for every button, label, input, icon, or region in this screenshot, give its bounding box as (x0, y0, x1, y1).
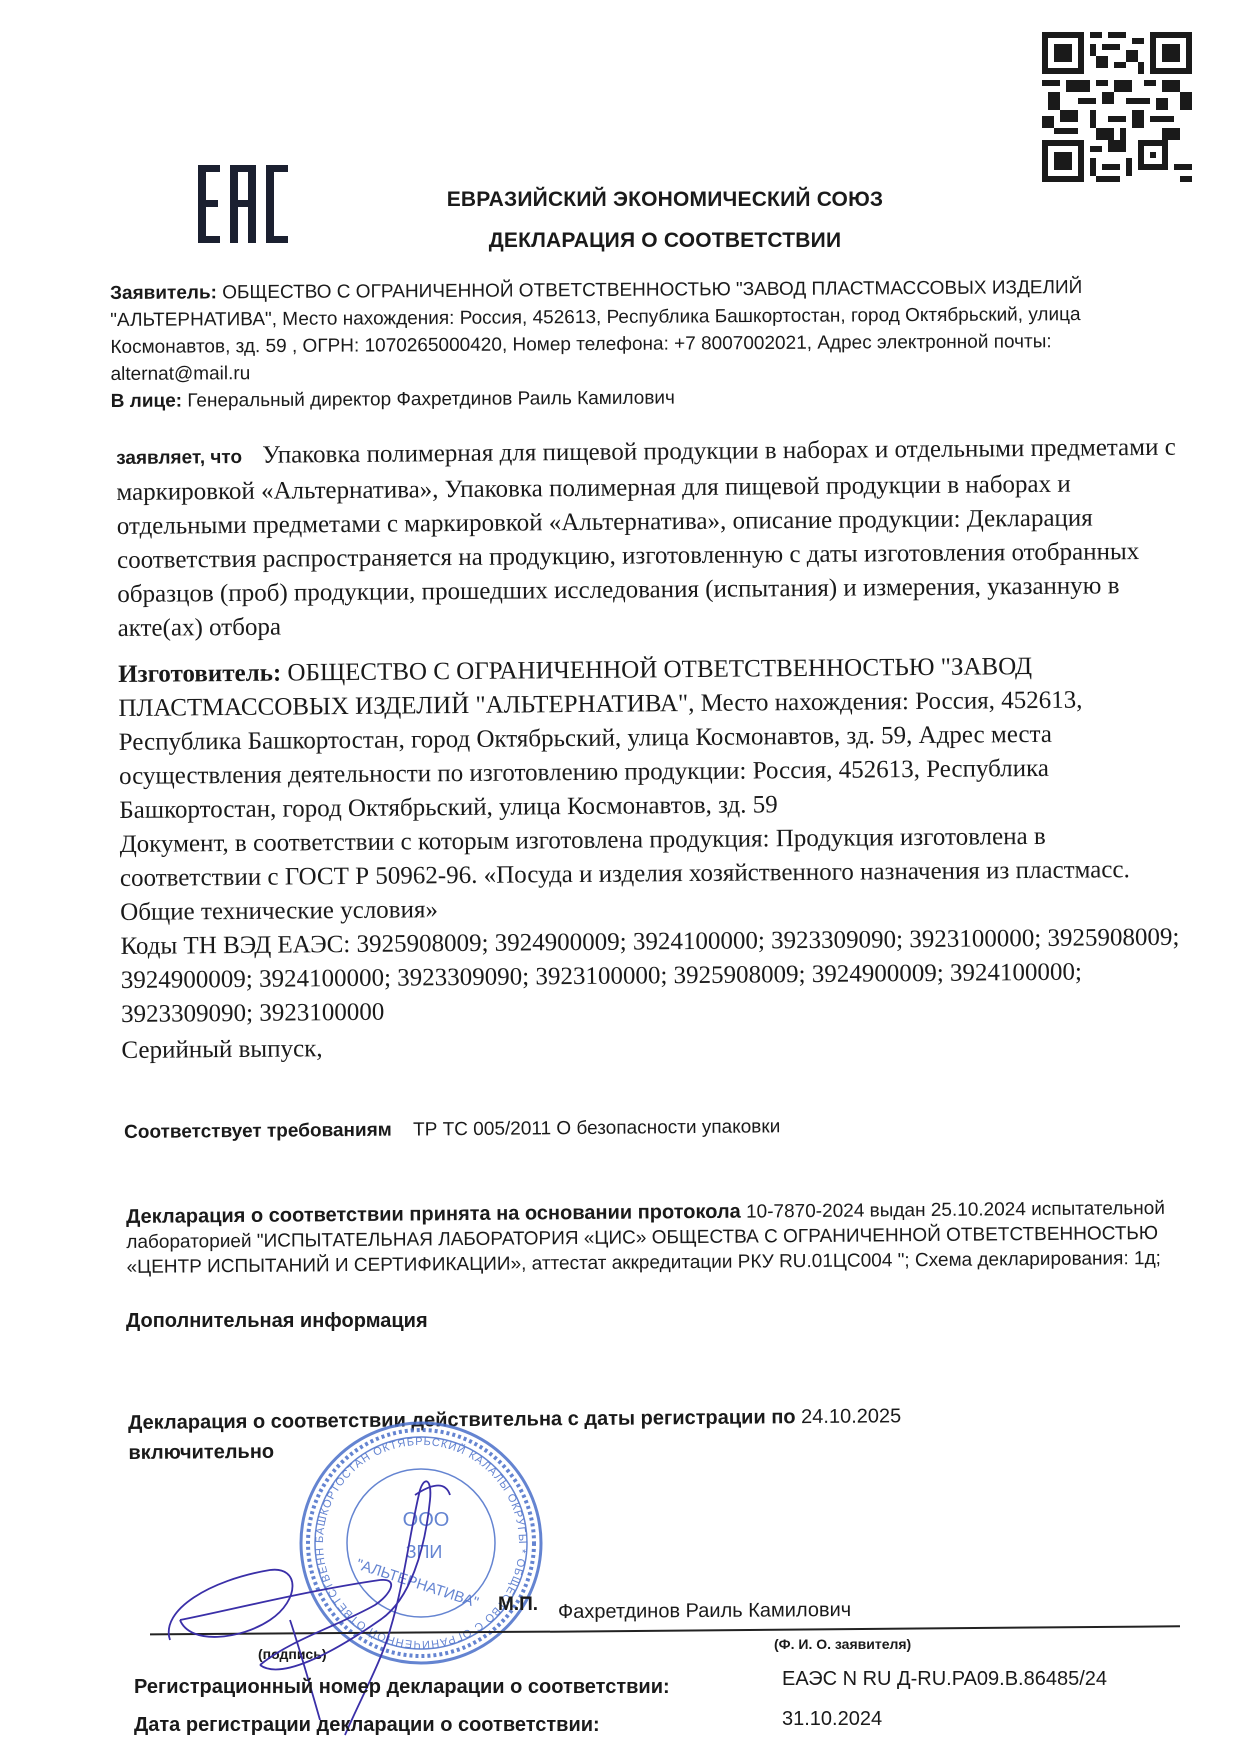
signatory-name: Фахретдинов Раиль Камилович (558, 1599, 851, 1624)
name-line (550, 1625, 1180, 1632)
conformity-label: Соответствует требованиям (124, 1120, 392, 1143)
manufacturer-section: Изготовитель: ОБЩЕСТВО С ОГРАНИЧЕННОЙ ОТ… (118, 649, 1184, 1068)
declaration-section: заявляет, что Упаковка полимерная для пи… (116, 431, 1178, 646)
registration-number: ЕАЭС N RU Д-RU.PA09.B.86485/24 (782, 1668, 1107, 1691)
additional-info-label: Дополнительная информация (126, 1310, 428, 1333)
representative-label: В лице: (111, 391, 182, 412)
validity-section: Декларация о соответствии действительна … (128, 1400, 1028, 1468)
handwritten-signature-icon (150, 1470, 530, 1740)
union-title: ЕВРАЗИЙСКИЙ ЭКОНОМИЧЕСКИЙ СОЮЗ (0, 188, 1240, 212)
serial-production: Серийный выпуск, (121, 1025, 1183, 1068)
basis-section: Декларация о соответствии принята на осн… (126, 1196, 1197, 1280)
registration-date-label: Дата регистрации декларации о соответств… (134, 1714, 600, 1737)
qr-code-icon (1042, 32, 1192, 182)
validity-suffix: включительно (128, 1441, 274, 1464)
applicant-section: Заявитель: ОБЩЕСТВО С ОГРАНИЧЕННОЙ ОТВЕТ… (110, 273, 1181, 415)
registration-date: 31.10.2024 (782, 1708, 882, 1731)
standard-document: Документ, в соответствии с которым изгот… (119, 819, 1182, 930)
manufacturer-label: Изготовитель: (118, 660, 281, 688)
registration-number-label: Регистрационный номер декларации о соотв… (134, 1676, 670, 1699)
conformity-text: ТР ТС 005/2011 О безопасности упаковки (413, 1116, 780, 1140)
declares-label: заявляет, что (116, 447, 242, 469)
representative-text: Генеральный директор Фахретдинов Раиль К… (187, 388, 675, 412)
conformity-section: Соответствует требованиям ТР ТС 005/2011… (124, 1116, 780, 1144)
applicant-text: ОБЩЕСТВО С ОГРАНИЧЕННОЙ ОТВЕТСТВЕННОСТЬЮ… (110, 277, 1082, 385)
signatory-name-caption: (Ф. И. О. заявителя) (774, 1636, 911, 1652)
document-title: ДЕКЛАРАЦИЯ О СООТВЕТСТВИИ (0, 229, 1240, 253)
basis-label: Декларация о соответствии принята на осн… (126, 1201, 741, 1228)
validity-date: 24.10.2025 (801, 1405, 901, 1428)
declares-text: Упаковка полимерная для пищевой продукци… (116, 434, 1176, 642)
applicant-label: Заявитель: (110, 282, 217, 304)
hs-codes-label: Коды ТН ВЭД ЕАЭС: (120, 931, 350, 960)
